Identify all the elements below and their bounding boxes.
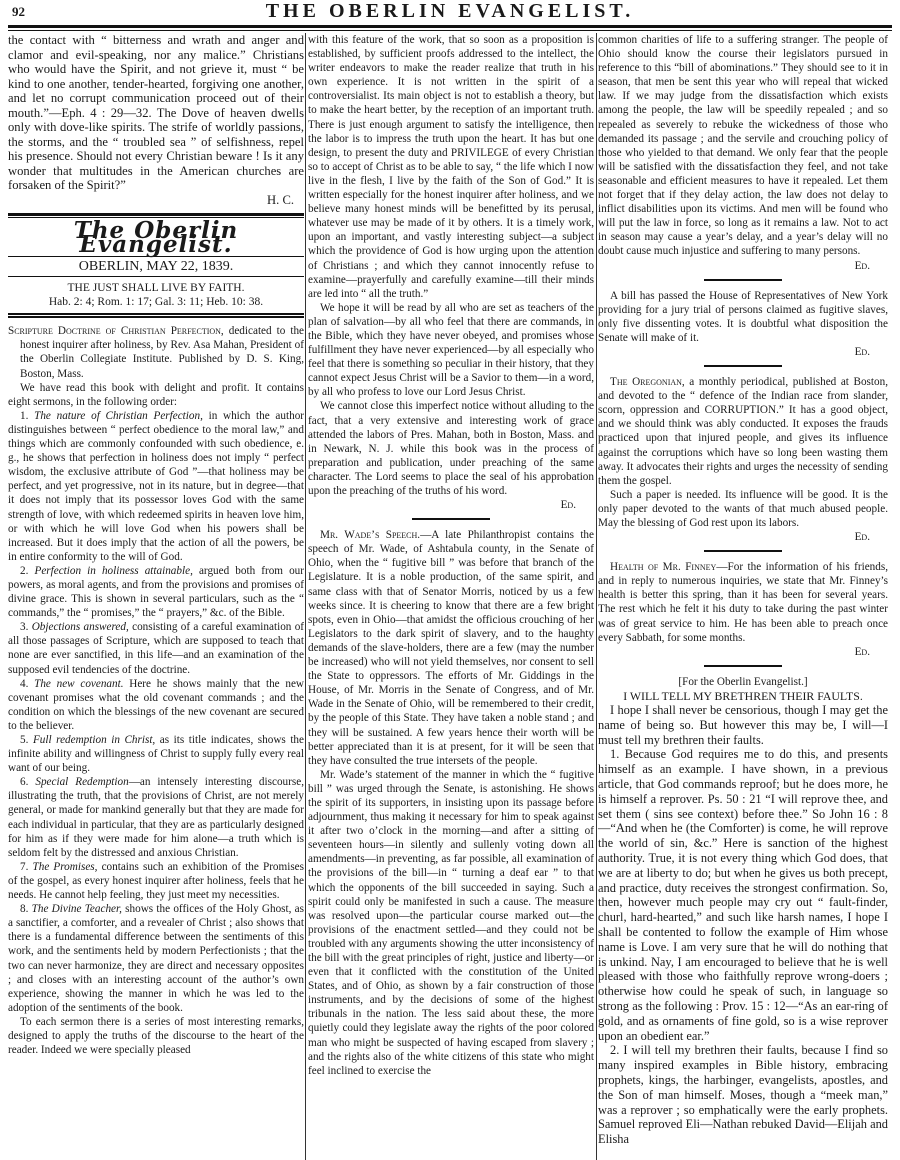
faults-paragraph: 1. Because God requires me to do this, a…: [598, 747, 888, 1043]
wade-continuation: common charities of life to a suffering …: [598, 33, 888, 259]
nameplate-block: The Oberlin Evangelist. OBERLIN, MAY 22,…: [8, 213, 304, 314]
column-2: with this feature of the work, that so s…: [308, 33, 594, 1078]
review-item-5: 5. Full redemption in Christ, as its tit…: [8, 733, 304, 775]
column-divider-2: [596, 33, 597, 1160]
editor-signature: Ed.: [308, 498, 594, 512]
review-item-2: 2. Perfection in holiness attainable, ar…: [8, 564, 304, 620]
review-continuation: with this feature of the work, that so s…: [308, 33, 594, 301]
motto: THE JUST SHALL LIVE BY FAITH.: [8, 277, 304, 295]
review-item-4: 4. The new covenant. Here he shows mainl…: [8, 677, 304, 733]
article-separator: [704, 365, 782, 367]
item-title: Objections answered,: [32, 621, 129, 633]
faults-paragraph: I hope I shall never be censorious, thou…: [598, 703, 888, 747]
column-1: the contact with “ bitterness and wrath …: [8, 33, 304, 1057]
article-separator: [704, 279, 782, 281]
wade-article-paragraph: Mr. Wade’s statement of the manner in wh…: [308, 768, 594, 1078]
item-title: Full redemption in Christ,: [33, 734, 155, 746]
item-title: Special Redemption: [35, 776, 128, 788]
nameplate-title: The Oberlin Evangelist.: [8, 217, 304, 256]
masthead-rule-thick: [8, 25, 892, 28]
review-item-8: 8. The Divine Teacher, shows the offices…: [8, 902, 304, 1015]
wade-heading: Mr. Wade’s Speech.: [320, 529, 420, 541]
masthead-rule-thin: [8, 30, 892, 31]
item-title: Perfection in holiness attainable,: [34, 565, 192, 577]
review-item-7: 7. The Promises, contains such an exhibi…: [8, 860, 304, 902]
finney-heading: Health of Mr. Finney: [610, 561, 716, 573]
ny-bill-paragraph: A bill has passed the House of Represent…: [598, 289, 888, 345]
review-item-6: 6. Special Redemption—an intensely inter…: [8, 775, 304, 860]
review-closing-paragraph: To each sermon there is a series of most…: [8, 1015, 304, 1057]
review-paragraph: We hope it will be read by all who are s…: [308, 301, 594, 400]
faults-paragraph: 2. I will tell my brethren their faults,…: [598, 1043, 888, 1147]
opening-article-signature: H. C.: [8, 193, 304, 208]
dateline: OBERLIN, MAY 22, 1839.: [8, 256, 304, 277]
newspaper-page: 92 THE OBERLIN EVANGELIST. the contact w…: [0, 0, 900, 1160]
editor-signature: Ed.: [598, 259, 888, 273]
item-title: The new covenant.: [34, 678, 123, 690]
oregonian-paragraph: Such a paper is needed. Its influence wi…: [598, 488, 888, 530]
oregonian-paragraph: The Oregonian, a monthly periodical, pub…: [598, 375, 888, 488]
review-heading: Scripture Doctrine of Christian Perfecti…: [8, 325, 224, 337]
item-title: The Promises,: [33, 861, 98, 873]
review-item-1: 1. The nature of Christian Perfection, i…: [8, 409, 304, 564]
article-separator: [704, 550, 782, 552]
section-rule: [8, 314, 304, 318]
item-title: The Divine Teacher,: [32, 903, 122, 915]
review-heading-paragraph: Scripture Doctrine of Christian Perfecti…: [8, 324, 304, 380]
column-3: common charities of life to a suffering …: [598, 33, 888, 1147]
faults-source-line: [For the Oberlin Evangelist.]: [598, 675, 888, 689]
editor-signature: Ed.: [598, 345, 888, 359]
article-separator: [704, 665, 782, 667]
faults-title: I WILL TELL MY BRETHREN THEIR FAULTS.: [598, 689, 888, 703]
motto-references: Hab. 2: 4; Rom. 1: 17; Gal. 3: 11; Heb. …: [8, 295, 304, 313]
finney-paragraph: Health of Mr. Finney—For the information…: [598, 560, 888, 645]
wade-article-paragraph: Mr. Wade’s Speech.—A late Philanthropist…: [308, 528, 594, 768]
editor-signature: Ed.: [598, 645, 888, 659]
masthead: 92 THE OBERLIN EVANGELIST.: [8, 0, 892, 26]
newspaper-title: THE OBERLIN EVANGELIST.: [8, 0, 892, 23]
review-item-3: 3. Objections answered, consisting of a …: [8, 620, 304, 676]
oregonian-heading: The Oregonian,: [610, 376, 685, 388]
review-paragraph: We cannot close this imperfect notice wi…: [308, 399, 594, 498]
opening-article-text: the contact with “ bitterness and wrath …: [8, 33, 304, 193]
column-divider-1: [305, 33, 306, 1160]
item-title: The nature of Christian Perfection,: [34, 410, 203, 422]
editor-signature: Ed.: [598, 530, 888, 544]
review-paragraph: We have read this book with delight and …: [8, 381, 304, 409]
article-separator: [412, 518, 490, 520]
